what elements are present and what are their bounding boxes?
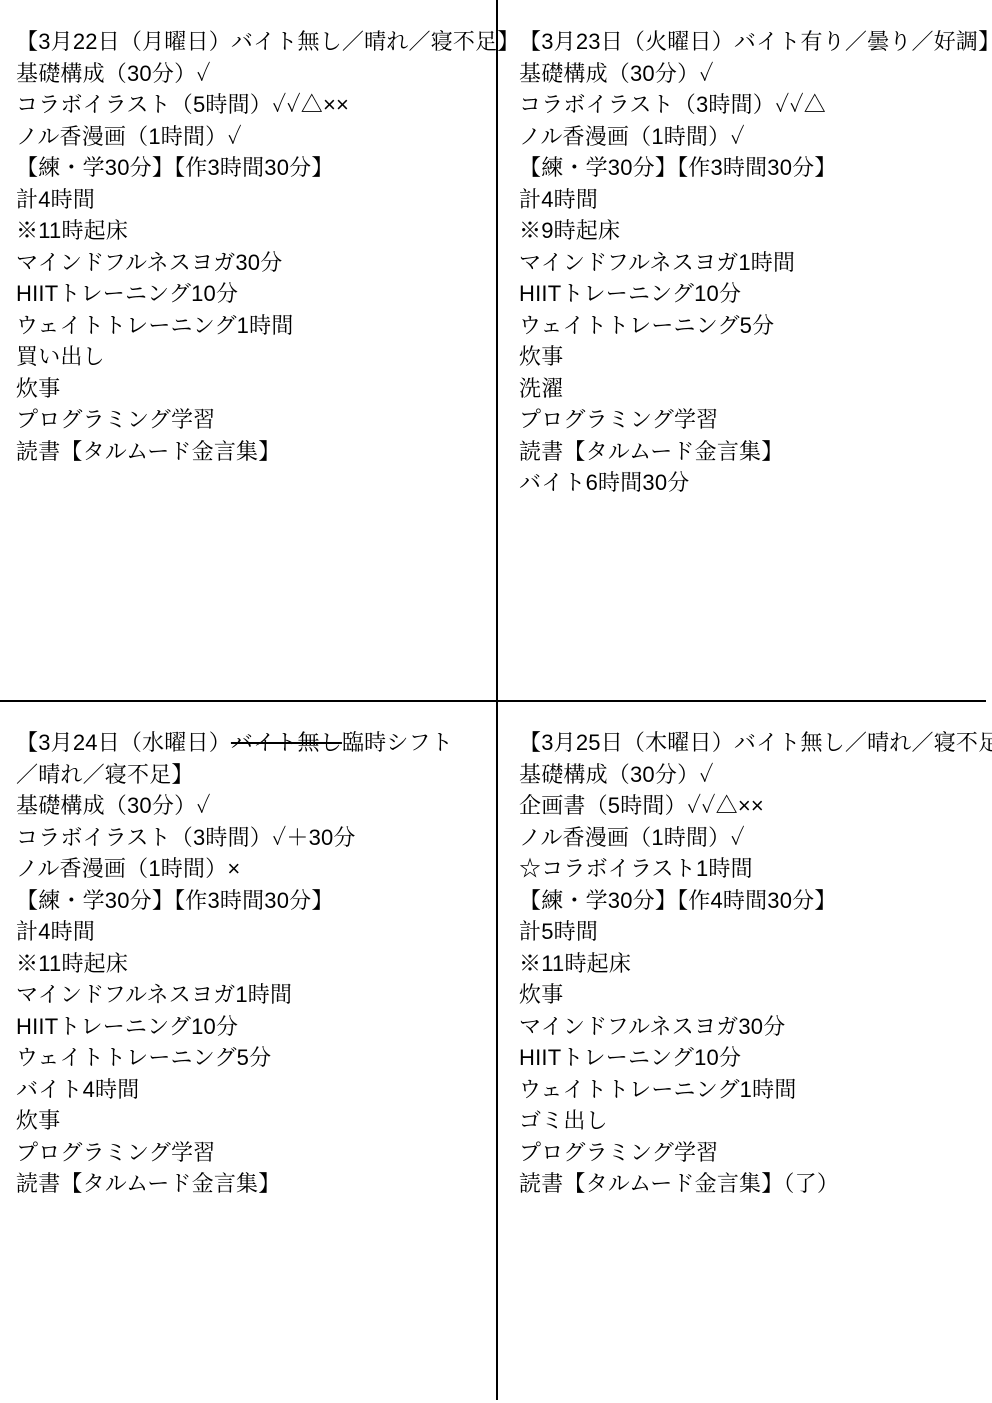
log-text: コラボイラスト（3時間）✓＋30分 [16, 825, 356, 850]
log-text: マインドフルネスヨガ30分 [16, 250, 282, 275]
log-line: 【練・学30分】【作3時間30分】 [519, 152, 984, 184]
log-line: HIITトレーニング10分 [519, 278, 984, 310]
daily-log-page: 【3月22日（月曜日）バイト無し／晴れ／寝不足】基礎構成（30分）✓コラボイラス… [0, 0, 992, 1403]
log-text: 読書【タルムード金言集】（了） [519, 1171, 839, 1196]
log-line: ゴミ出し [519, 1105, 984, 1137]
log-line: 買い出し [16, 341, 486, 373]
log-text: 【3月22日（月曜日）バイト無し／晴れ／寝不足】 [16, 29, 520, 54]
log-line: 読書【タルムード金言集】 [16, 1168, 486, 1200]
log-text: ※11時起床 [16, 218, 128, 243]
log-line: プログラミング学習 [519, 1137, 984, 1169]
log-text: 【練・学30分】【作4時間30分】 [519, 888, 837, 913]
log-line: 基礎構成（30分）✓ [16, 790, 486, 822]
log-text: 炊事 [519, 982, 563, 1007]
log-line: ノル香漫画（1時間）✓ [519, 822, 984, 854]
log-line: ウェイトトレーニング1時間 [519, 1074, 984, 1106]
log-text: 炊事 [16, 1108, 60, 1133]
log-line: ※11時起床 [16, 215, 486, 247]
log-text: 炊事 [519, 344, 563, 369]
log-text: ※9時起床 [519, 218, 620, 243]
log-text: 基礎構成（30分）✓ [16, 61, 211, 86]
log-line: マインドフルネスヨガ1時間 [519, 247, 984, 279]
log-line: ウェイトトレーニング5分 [519, 310, 984, 342]
log-text: ／晴れ／寝不足】 [16, 762, 194, 787]
log-line: 企画書（5時間）✓✓△×× [519, 790, 984, 822]
log-line: マインドフルネスヨガ30分 [519, 1011, 984, 1043]
log-line: 読書【タルムード金言集】（了） [519, 1168, 984, 1200]
log-text: HIITトレーニング10分 [519, 281, 741, 306]
entry-header: 【3月23日（火曜日）バイト有り／曇り／好調】 [519, 26, 984, 58]
log-line: 読書【タルムード金言集】 [519, 436, 984, 468]
entry-header: 【3月25日（木曜日）バイト無し／晴れ／寝不足】 [519, 727, 984, 759]
log-text: ノル香漫画（1時間）× [16, 856, 240, 881]
log-line: ウェイトトレーニング1時間 [16, 310, 486, 342]
entry-header: 【3月22日（月曜日）バイト無し／晴れ／寝不足】 [16, 26, 486, 58]
log-text: 計4時間 [519, 187, 598, 212]
log-line: プログラミング学習 [16, 404, 486, 436]
log-line: コラボイラスト（3時間）✓✓△ [519, 89, 984, 121]
log-text: ウェイトトレーニング5分 [519, 313, 774, 338]
log-line: 炊事 [16, 373, 486, 405]
log-panel-top-left: 【3月22日（月曜日）バイト無し／晴れ／寝不足】基礎構成（30分）✓コラボイラス… [16, 26, 486, 467]
log-line: ※9時起床 [519, 215, 984, 247]
log-text: プログラミング学習 [519, 407, 718, 432]
log-text: マインドフルネスヨガ1時間 [16, 982, 292, 1007]
horizontal-divider [0, 700, 986, 702]
log-text: バイト4時間 [16, 1077, 139, 1102]
log-line: 炊事 [519, 341, 984, 373]
log-text: HIITトレーニング10分 [519, 1045, 741, 1070]
log-line: 計4時間 [519, 184, 984, 216]
log-text: ウェイトトレーニング1時間 [16, 313, 294, 338]
log-text: ウェイトトレーニング1時間 [519, 1077, 797, 1102]
log-text: 読書【タルムード金言集】 [16, 439, 280, 464]
log-line: HIITトレーニング10分 [16, 1011, 486, 1043]
log-text: 基礎構成（30分）✓ [16, 793, 211, 818]
log-line: HIITトレーニング10分 [16, 278, 486, 310]
log-text: プログラミング学習 [16, 1140, 215, 1165]
log-line: 炊事 [16, 1105, 486, 1137]
log-text: 買い出し [16, 344, 105, 369]
log-text: コラボイラスト（5時間）✓✓△×× [16, 92, 349, 117]
log-line: ノル香漫画（1時間）× [16, 853, 486, 885]
log-line: 【練・学30分】【作3時間30分】 [16, 152, 486, 184]
log-line: 基礎構成（30分）✓ [519, 58, 984, 90]
log-text: ウェイトトレーニング5分 [16, 1045, 271, 1070]
log-line: バイト4時間 [16, 1074, 486, 1106]
log-line: ノル香漫画（1時間）✓ [519, 121, 984, 153]
log-line: バイト6時間30分 [519, 467, 984, 499]
log-text: ゴミ出し [519, 1108, 608, 1133]
log-text: 【練・学30分】【作3時間30分】 [519, 155, 837, 180]
log-text: バイト6時間30分 [519, 470, 690, 495]
log-line: ※11時起床 [519, 948, 984, 980]
log-line: HIITトレーニング10分 [519, 1042, 984, 1074]
log-line: ※11時起床 [16, 948, 486, 980]
log-text: ノル香漫画（1時間）✓ [16, 124, 242, 149]
log-text: 【3月23日（火曜日）バイト有り／曇り／好調】 [519, 29, 992, 54]
log-panel-bottom-left: 【3月24日（水曜日）バイト無し臨時シフト／晴れ／寝不足】基礎構成（30分）✓コ… [16, 727, 486, 1200]
log-text: HIITトレーニング10分 [16, 281, 238, 306]
log-text: 洗濯 [519, 376, 563, 401]
log-line: 【練・学30分】【作4時間30分】 [519, 885, 984, 917]
log-text: ノル香漫画（1時間）✓ [519, 825, 745, 850]
log-line: マインドフルネスヨガ30分 [16, 247, 486, 279]
log-text: プログラミング学習 [16, 407, 215, 432]
log-text: 【3月25日（木曜日）バイト無し／晴れ／寝不足】 [519, 730, 992, 755]
log-text: 計5時間 [519, 919, 598, 944]
log-text: マインドフルネスヨガ30分 [519, 1014, 785, 1039]
log-text: ※11時起床 [519, 951, 631, 976]
log-line: ノル香漫画（1時間）✓ [16, 121, 486, 153]
log-panel-top-right: 【3月23日（火曜日）バイト有り／曇り／好調】基礎構成（30分）✓コラボイラスト… [519, 26, 984, 499]
log-line: ウェイトトレーニング5分 [16, 1042, 486, 1074]
log-text: 読書【タルムード金言集】 [16, 1171, 280, 1196]
log-text: 臨時シフト [342, 730, 453, 755]
log-text: 読書【タルムード金言集】 [519, 439, 783, 464]
log-line: 計4時間 [16, 184, 486, 216]
log-line: コラボイラスト（5時間）✓✓△×× [16, 89, 486, 121]
log-text: 【3月24日（水曜日） [16, 730, 231, 755]
log-text: 計4時間 [16, 187, 95, 212]
log-text: ☆コラボイラスト1時間 [519, 856, 753, 881]
log-line: 読書【タルムード金言集】 [16, 436, 486, 468]
log-text: 計4時間 [16, 919, 95, 944]
log-panel-bottom-right: 【3月25日（木曜日）バイト無し／晴れ／寝不足】基礎構成（30分）✓企画書（5時… [519, 727, 984, 1200]
entry-header: 【3月24日（水曜日）バイト無し臨時シフト [16, 727, 486, 759]
log-line: 基礎構成（30分）✓ [519, 759, 984, 791]
log-text: 基礎構成（30分）✓ [519, 61, 714, 86]
log-line: プログラミング学習 [519, 404, 984, 436]
log-line: 【練・学30分】【作3時間30分】 [16, 885, 486, 917]
log-line: 洗濯 [519, 373, 984, 405]
log-text: マインドフルネスヨガ1時間 [519, 250, 795, 275]
log-line: コラボイラスト（3時間）✓＋30分 [16, 822, 486, 854]
log-line: 基礎構成（30分）✓ [16, 58, 486, 90]
log-text: コラボイラスト（3時間）✓✓△ [519, 92, 826, 117]
log-line: プログラミング学習 [16, 1137, 486, 1169]
log-text: ノル香漫画（1時間）✓ [519, 124, 745, 149]
log-text: 企画書（5時間）✓✓△×× [519, 793, 764, 818]
log-text: HIITトレーニング10分 [16, 1014, 238, 1039]
log-line: ☆コラボイラスト1時間 [519, 853, 984, 885]
log-text: 炊事 [16, 376, 60, 401]
log-line: ／晴れ／寝不足】 [16, 759, 486, 791]
log-text: ※11時起床 [16, 951, 128, 976]
log-line: 計5時間 [519, 916, 984, 948]
log-text: プログラミング学習 [519, 1140, 718, 1165]
log-text: 基礎構成（30分）✓ [519, 762, 714, 787]
log-text: 【練・学30分】【作3時間30分】 [16, 155, 334, 180]
struck-text: バイト無し [231, 730, 342, 755]
log-text: 【練・学30分】【作3時間30分】 [16, 888, 334, 913]
log-line: 炊事 [519, 979, 984, 1011]
log-line: マインドフルネスヨガ1時間 [16, 979, 486, 1011]
log-line: 計4時間 [16, 916, 486, 948]
